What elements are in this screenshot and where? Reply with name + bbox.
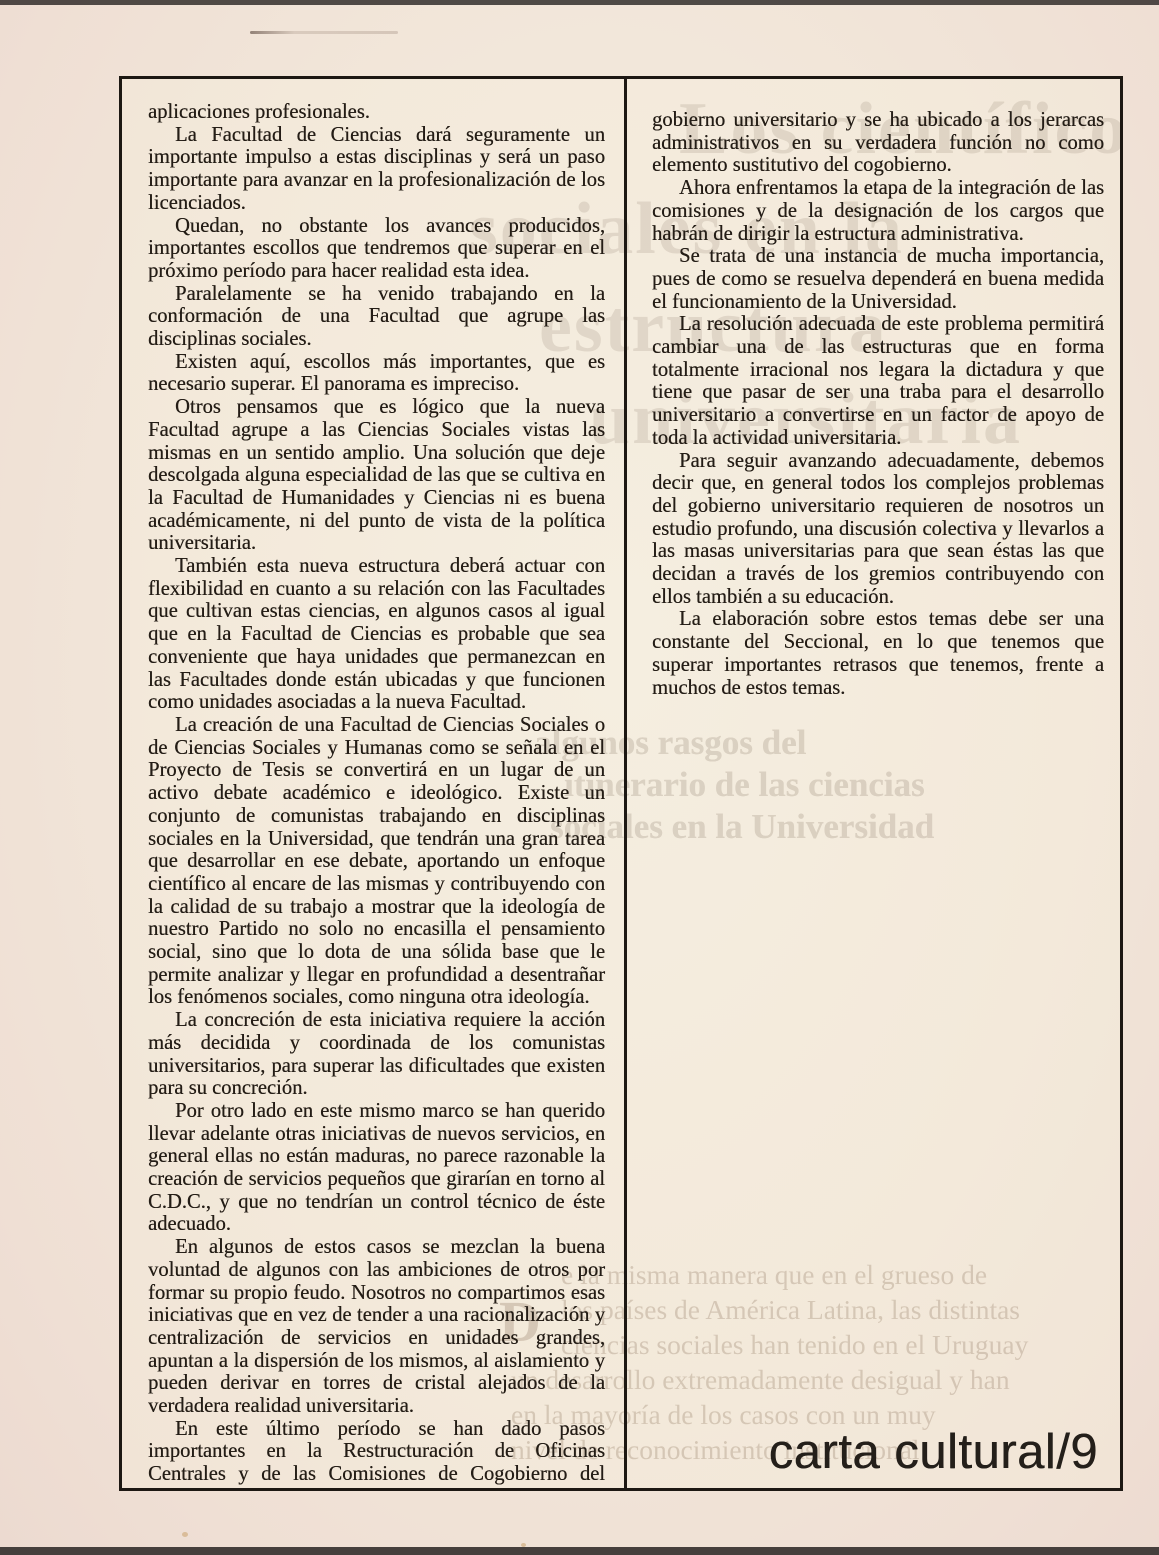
article-paragraph: Quedan, no obstante los avances producid… [148, 215, 605, 283]
article-paragraph: Paralelamente se ha venido trabajando en… [148, 283, 605, 351]
paper-speck [182, 1532, 188, 1537]
ghost-mid-headline-line-2: itinerario de las ciencias [564, 764, 934, 806]
ghost-mid-headline-line-3: sociales en la Universidad [550, 806, 934, 848]
article-paragraph: gobierno universitario y se ha ubicado a… [652, 109, 1104, 177]
page-footer-folio: carta cultural/9 [769, 1424, 1098, 1480]
article-paragraph: Para seguir avanzando adecuadamente, deb… [652, 450, 1104, 609]
article-paragraph: aplicaciones profesionales. [148, 101, 605, 124]
article-paragraph: La Facultad de Ciencias dará seguramente… [148, 124, 605, 215]
paper-speck [521, 1543, 526, 1547]
article-paragraph: Se trata de una instancia de mucha impor… [652, 245, 1104, 313]
article-paragraph: Por otro lado en este mismo marco se han… [148, 1100, 605, 1236]
ghost-bottom-line-2: los países de América Latina, las distin… [561, 1292, 1097, 1327]
article-paragraph: La elaboración sobre estos temas debe se… [652, 608, 1104, 699]
article-frame: Los científicos sociales en la estructur… [119, 76, 1123, 1491]
article-paragraph: Existen aquí, escollos más importantes, … [148, 351, 605, 396]
article-paragraph: En este último período se han dado pasos… [148, 1418, 605, 1491]
column-divider-rule [624, 79, 627, 1488]
article-paragraph: La resolución adecuada de este problema … [652, 313, 1104, 449]
right-text-column: gobierno universitario y se ha ubicado a… [652, 109, 1104, 699]
scan-edge-bottom [0, 1547, 1159, 1555]
article-paragraph: También esta nueva estructura deberá act… [148, 555, 605, 714]
article-paragraph: Otros pensamos que es lógico que la nuev… [148, 396, 605, 555]
scan-edge-top [0, 0, 1159, 5]
article-paragraph: La creación de una Facultad de Ciencias … [148, 714, 605, 1009]
scanned-magazine-page: Los científicos sociales en la estructur… [0, 0, 1159, 1555]
article-paragraph: En algunos de estos casos se mezclan la … [148, 1236, 605, 1418]
article-paragraph: La concreción de esta iniciativa requier… [148, 1009, 605, 1100]
article-paragraph: Ahora enfrentamos la etapa de la integra… [652, 177, 1104, 245]
left-text-column: aplicaciones profesionales. La Facultad … [148, 101, 605, 1491]
ghost-bottom-line-1: e la misma manera que en el grueso de [561, 1257, 1097, 1292]
paper-scratch-mark [250, 31, 398, 34]
ghost-bottom-line-3: ciencias sociales han tenido en el Urugu… [561, 1327, 1097, 1362]
